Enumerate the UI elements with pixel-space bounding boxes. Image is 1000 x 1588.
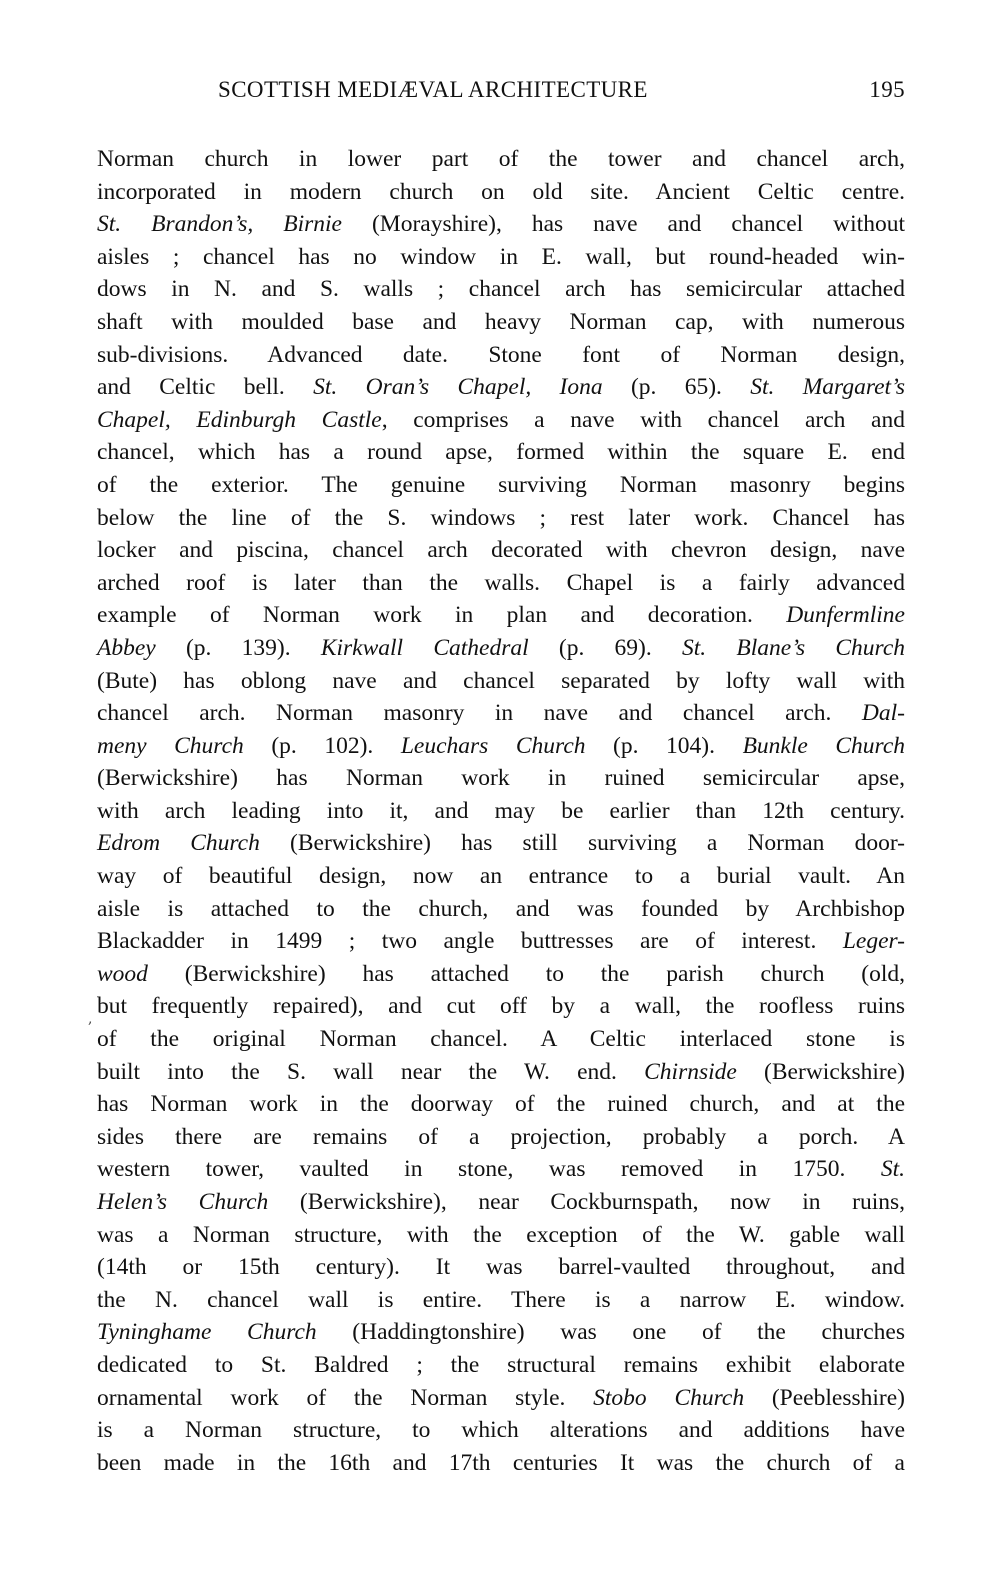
text-run: (Berwickshire) has attached to the paris…: [148, 961, 905, 987]
text-run: ornamental work of the Norman style.: [97, 1385, 593, 1411]
text-line: been made in the 16th and 17th centuries…: [97, 1447, 905, 1480]
italic-place-name: St. Blane’s Church: [682, 635, 905, 661]
text-run: (p. 65).: [603, 374, 751, 400]
text-line: (Bute) has oblong nave and chancel separ…: [97, 665, 905, 698]
text-run: (Berwickshire) has Norman work in ruined…: [97, 765, 905, 791]
text-run: way of beautiful design, now an entrance…: [97, 863, 905, 889]
text-line: of the exterior. The genuine surviving N…: [97, 469, 905, 502]
text-run: (Peeblesshire): [744, 1385, 905, 1411]
text-run: been made in the 16th and 17th centuries…: [97, 1450, 905, 1476]
text-line: dows in N. and S. walls ; chancel arch h…: [97, 273, 905, 306]
text-line: wood (Berwickshire) has attached to the …: [97, 958, 905, 991]
italic-place-name: Stobo Church: [593, 1385, 744, 1411]
italic-place-name: Bunkle Church: [743, 733, 905, 759]
text-run: (Morayshire), has nave and chancel witho…: [342, 211, 905, 237]
text-line: is a Norman structure, to which alterati…: [97, 1414, 905, 1447]
text-line: was a Norman structure, with the excepti…: [97, 1219, 905, 1252]
text-line: ornamental work of the Norman style. Sto…: [97, 1382, 905, 1415]
text-line: built into the S. wall near the W. end. …: [97, 1056, 905, 1089]
running-header: SCOTTISH MEDIÆVAL ARCHITECTURE 195: [97, 77, 905, 107]
text-line: shaft with moulded base and heavy Norman…: [97, 306, 905, 339]
text-line: aisles ; chancel has no window in E. wal…: [97, 241, 905, 274]
text-run: and Celtic bell.: [97, 374, 313, 400]
text-run: arched roof is later than the walls. Cha…: [97, 570, 905, 596]
text-line: of the original Norman chancel. A Celtic…: [97, 1023, 905, 1056]
text-run: aisle is attached to the church, and was…: [97, 896, 905, 922]
italic-place-name: Leger-: [843, 928, 905, 954]
text-line: sides there are remains of a projection,…: [97, 1121, 905, 1154]
text-line: Abbey (p. 139). Kirkwall Cathedral (p. 6…: [97, 632, 905, 665]
body-paragraph: Norman church in lower part of the tower…: [97, 143, 905, 1479]
italic-place-name: meny Church: [97, 733, 244, 759]
text-line: Tyninghame Church (Haddingtonshire) was …: [97, 1316, 905, 1349]
text-run: sides there are remains of a projection,…: [97, 1124, 905, 1150]
text-line: example of Norman work in plan and decor…: [97, 599, 905, 632]
text-run: Blackadder in 1499 ; two angle buttresse…: [97, 928, 843, 954]
text-run: built into the S. wall near the W. end.: [97, 1059, 644, 1085]
text-line: has Norman work in the doorway of the ru…: [97, 1088, 905, 1121]
text-line: dedicated to St. Baldred ; the structura…: [97, 1349, 905, 1382]
text-run: (p. 139).: [156, 635, 321, 661]
text-line: locker and piscina, chancel arch decorat…: [97, 534, 905, 567]
text-run: Norman church in lower part of the tower…: [97, 146, 905, 172]
book-page: SCOTTISH MEDIÆVAL ARCHITECTURE 195 , Nor…: [0, 0, 1000, 1588]
text-line: Helen’s Church (Berwickshire), near Cock…: [97, 1186, 905, 1219]
text-run: (Berwickshire): [737, 1059, 905, 1085]
text-run: chancel arch. Norman masonry in nave and…: [97, 700, 862, 726]
running-title: SCOTTISH MEDIÆVAL ARCHITECTURE: [218, 77, 648, 103]
text-line: chancel, which has a round apse, formed …: [97, 436, 905, 469]
text-run: (p. 69).: [529, 635, 682, 661]
italic-place-name: Dunfermline: [786, 602, 905, 628]
text-line: way of beautiful design, now an entrance…: [97, 860, 905, 893]
text-run: below the line of the S. windows ; rest …: [97, 505, 905, 531]
text-line: Norman church in lower part of the tower…: [97, 143, 905, 176]
text-run: of the original Norman chancel. A Celtic…: [97, 1026, 905, 1052]
text-run: (14th or 15th century). It was barrel-va…: [97, 1254, 905, 1280]
text-line: (Berwickshire) has Norman work in ruined…: [97, 762, 905, 795]
page-number: 195: [869, 77, 905, 103]
text-run: (Berwickshire), near Cockburnspath, now …: [268, 1189, 905, 1215]
text-line: the N. chancel wall is entire. There is …: [97, 1284, 905, 1317]
text-run: but frequently repaired), and cut off by…: [97, 993, 905, 1019]
text-line: sub-divisions. Advanced date. Stone font…: [97, 339, 905, 372]
italic-place-name: Chirnside: [644, 1059, 737, 1085]
italic-place-name: Edrom Church: [97, 830, 260, 856]
text-run: is a Norman structure, to which alterati…: [97, 1417, 905, 1443]
italic-place-name: St. Oran’s Chapel, Iona: [313, 374, 603, 400]
text-run: sub-divisions. Advanced date. Stone font…: [97, 342, 905, 368]
italic-place-name: Leuchars Church: [401, 733, 586, 759]
text-run: (p. 102).: [244, 733, 401, 759]
text-line: chancel arch. Norman masonry in nave and…: [97, 697, 905, 730]
text-run: of the exterior. The genuine surviving N…: [97, 472, 905, 498]
text-run: example of Norman work in plan and decor…: [97, 602, 786, 628]
italic-place-name: Helen’s Church: [97, 1189, 268, 1215]
text-line: with arch leading into it, and may be ea…: [97, 795, 905, 828]
text-run: has Norman work in the doorway of the ru…: [97, 1091, 905, 1117]
text-run: incorporated in modern church on old sit…: [97, 179, 905, 205]
text-run: (Berwickshire) has still surviving a Nor…: [260, 830, 905, 856]
text-run: dows in N. and S. walls ; chancel arch h…: [97, 276, 905, 302]
text-run: aisles ; chancel has no window in E. wal…: [97, 244, 905, 270]
italic-place-name: St.: [881, 1156, 905, 1182]
text-line: (14th or 15th century). It was barrel-va…: [97, 1251, 905, 1284]
italic-place-name: St. Margaret’s: [750, 374, 905, 400]
italic-place-name: wood: [97, 961, 148, 987]
text-line: Chapel, Edinburgh Castle, comprises a na…: [97, 404, 905, 437]
text-run: locker and piscina, chancel arch decorat…: [97, 537, 905, 563]
italic-place-name: Tyninghame Church: [97, 1319, 317, 1345]
italic-place-name: Kirkwall Cathedral: [321, 635, 529, 661]
text-line: aisle is attached to the church, and was…: [97, 893, 905, 926]
text-run: western tower, vaulted in stone, was rem…: [97, 1156, 881, 1182]
stray-print-mark: ,: [88, 1011, 92, 1027]
italic-place-name: Chapel, Edinburgh Castle: [97, 407, 382, 433]
text-line: incorporated in modern church on old sit…: [97, 176, 905, 209]
text-line: meny Church (p. 102). Leuchars Church (p…: [97, 730, 905, 763]
text-line: Edrom Church (Berwickshire) has still su…: [97, 827, 905, 860]
text-run: (p. 104).: [586, 733, 743, 759]
text-run: the N. chancel wall is entire. There is …: [97, 1287, 905, 1313]
text-run: (Bute) has oblong nave and chancel separ…: [97, 668, 905, 694]
italic-place-name: Dal-: [862, 700, 905, 726]
text-line: and Celtic bell. St. Oran’s Chapel, Iona…: [97, 371, 905, 404]
text-run: , comprises a nave with chancel arch and: [382, 407, 905, 433]
text-run: shaft with moulded base and heavy Norman…: [97, 309, 905, 335]
italic-place-name: Abbey: [97, 635, 156, 661]
text-run: (Haddingtonshire) was one of the churche…: [317, 1319, 905, 1345]
text-line: St. Brandon’s, Birnie (Morayshire), has …: [97, 208, 905, 241]
text-line: Blackadder in 1499 ; two angle buttresse…: [97, 925, 905, 958]
text-line: but frequently repaired), and cut off by…: [97, 990, 905, 1023]
text-line: below the line of the S. windows ; rest …: [97, 502, 905, 535]
text-line: western tower, vaulted in stone, was rem…: [97, 1153, 905, 1186]
text-run: dedicated to St. Baldred ; the structura…: [97, 1352, 905, 1378]
italic-place-name: St. Brandon’s, Birnie: [97, 211, 342, 237]
text-run: chancel, which has a round apse, formed …: [97, 439, 905, 465]
text-run: was a Norman structure, with the excepti…: [97, 1222, 905, 1248]
text-run: with arch leading into it, and may be ea…: [97, 798, 905, 824]
text-line: arched roof is later than the walls. Cha…: [97, 567, 905, 600]
